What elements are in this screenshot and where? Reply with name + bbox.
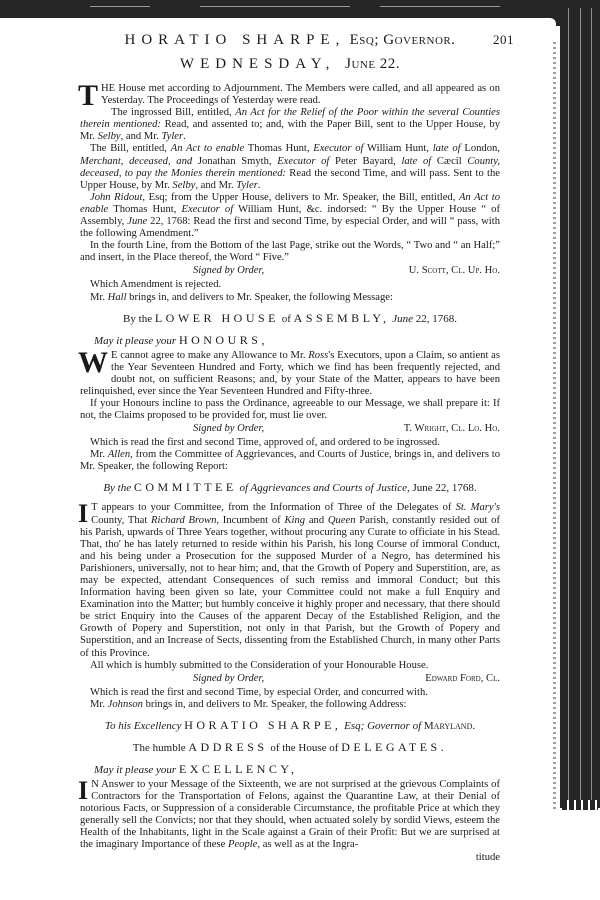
scan-artifact	[90, 6, 150, 7]
scan-artifact	[200, 6, 350, 7]
paragraph-text: HE House met according to Adjournment. T…	[101, 83, 500, 106]
text-caps: DELEGATES.	[341, 740, 447, 754]
text: Peter Bayard,	[329, 156, 401, 167]
text-italic: To his Excellency	[105, 720, 182, 732]
text: .	[183, 131, 186, 142]
text: Mr.	[90, 449, 108, 460]
text-italic: May it please your	[94, 764, 176, 776]
book-edge-line	[591, 8, 592, 808]
person-name: Hall	[108, 292, 127, 303]
salutation-honours: May it please your HONOURS,	[94, 333, 500, 348]
text: 22, 1768.	[416, 313, 457, 325]
place-name: St. Mary's	[456, 502, 500, 513]
catchword: titude	[80, 852, 500, 864]
text: , as well as at the Ingra-	[257, 839, 358, 850]
text-small-caps: Maryland.	[424, 720, 475, 732]
day-heading-day: WEDNESDAY,	[180, 56, 335, 72]
person-name: Johnson	[108, 699, 143, 710]
page-edge	[553, 42, 556, 812]
place-name: King	[284, 515, 305, 526]
text: , from the Committee of Aggrievances, an…	[80, 449, 500, 472]
text-caps: LOWER HOUSE	[155, 311, 279, 325]
running-head: HORATIO SHARPE, Esq; Governor. 201	[80, 32, 500, 54]
paragraph-allen: Mr. Allen, from the Committee of Aggriev…	[80, 449, 500, 473]
text-italic: Executor of	[277, 156, 329, 167]
text: London,	[461, 143, 500, 154]
text: Mr.	[90, 292, 108, 303]
drop-cap: T	[78, 84, 98, 108]
text: The humble	[133, 742, 186, 754]
text-italic: People	[228, 839, 257, 850]
scan-border-right	[560, 8, 600, 808]
person-name: Selby	[98, 131, 121, 142]
book-edge-line	[568, 8, 569, 808]
text-caps: EXCELLENCY,	[179, 762, 298, 776]
page-content: HORATIO SHARPE, Esq; Governor. 201 WEDNE…	[80, 32, 500, 864]
text: The Bill, entitled,	[90, 143, 171, 154]
text: T appears to your Committee, from the In…	[91, 502, 455, 513]
text: brings in, and delivers to Mr. Speaker, …	[127, 292, 393, 303]
signed-by-order: Signed by Order,	[193, 265, 264, 276]
text-caps: ASSEMBLY,	[294, 311, 390, 325]
text-caps: COMMITTEE	[134, 480, 237, 494]
book-edge-line	[580, 8, 581, 808]
text: June 22, 1768.	[412, 482, 476, 494]
address-recipient: To his Excellency HORATIO SHARPE, Esq; G…	[80, 718, 500, 733]
signature-line: Signed by Order, U. Scott, Cl. Up. Ho.	[80, 265, 500, 278]
address-title: The humble ADDRESS of the House of DELEG…	[80, 740, 500, 755]
paragraph-hall: Mr. Hall brings in, and delivers to Mr. …	[80, 292, 500, 304]
text: Thomas Hunt,	[244, 143, 313, 154]
drop-cap: I	[78, 503, 88, 525]
paragraph-ingrossed-bill: The ingrossed Bill, entitled, An Act for…	[80, 107, 500, 143]
text: Cæcil	[431, 156, 467, 167]
paragraph-johnson: Mr. Johnson brings in, and delivers to M…	[80, 699, 500, 711]
paragraph-concurred: Which is read the first and second Time,…	[80, 687, 500, 699]
person-name: Ross	[308, 350, 328, 361]
person-name: Tyler	[236, 180, 258, 191]
text: , Incumbent of	[216, 515, 284, 526]
paragraph-house-met: THE House met according to Adjournment. …	[80, 83, 500, 107]
text: , Esq; from the Upper House, delivers to…	[142, 192, 459, 203]
text: County, That	[91, 515, 151, 526]
person-name: Richard Brown	[151, 515, 216, 526]
paragraph-committee-report: IT appears to your Committee, from the I…	[80, 502, 500, 659]
day-heading: WEDNESDAY, June 22.	[80, 56, 500, 73]
committee-heading: By the COMMITTEE of Aggrievances and Cou…	[80, 480, 500, 495]
signed-by-order: Signed by Order,	[193, 423, 264, 434]
text: By the	[123, 313, 152, 325]
text-italic: late of	[433, 143, 461, 154]
paragraph-rejected: Which Amendment is rejected.	[80, 279, 500, 291]
text-italic: of Aggrievances and Courts of Justice,	[239, 482, 409, 494]
paragraph-approved: Which is read the first and second Time,…	[80, 437, 500, 449]
text-italic: Executor of	[182, 204, 234, 215]
paragraph-ordinance: If your Honours incline to pass the Ordi…	[80, 398, 500, 422]
text-italic: Merchant, deceased, and	[80, 156, 192, 167]
signed-by-order: Signed by Order,	[193, 673, 264, 684]
drop-cap: W	[78, 351, 108, 375]
paragraph-submitted: All which is humbly submitted to the Con…	[80, 660, 500, 672]
text: .	[258, 180, 261, 191]
paragraph-ridout: John Ridout, Esq; from the Upper House, …	[80, 192, 500, 240]
text-caps: HONOURS,	[179, 333, 268, 347]
clerk-signature: Edward Ford, Cl.	[425, 673, 500, 684]
paragraph-address-body: IN Answer to your Message of the Sixteen…	[80, 779, 500, 852]
scan-border-top	[0, 0, 600, 20]
text-italic: May it please your	[94, 335, 176, 347]
text: of the House of	[270, 742, 338, 754]
paragraph-amendment: In the fourth Line, from the Bottom of t…	[80, 240, 500, 264]
text: brings in, and delivers to Mr. Speaker, …	[143, 699, 407, 710]
text: Mr.	[90, 699, 108, 710]
text: Jonathan Smyth,	[192, 156, 277, 167]
text-caps: HORATIO SHARPE,	[184, 718, 341, 732]
book-edge-bottom	[562, 800, 598, 810]
text-italic: By the	[103, 482, 131, 494]
person-name: John Ridout	[90, 192, 142, 203]
text: , and Mr.	[195, 180, 236, 191]
text: , and Mr.	[121, 131, 162, 142]
signature-line: Signed by Order, Edward Ford, Cl.	[80, 673, 500, 686]
clerk-signature: U. Scott, Cl. Up. Ho.	[409, 265, 500, 276]
text: and	[305, 515, 328, 526]
clerk-signature: T. Wright, Cl. Lo. Ho.	[404, 423, 500, 434]
person-name: Allen	[108, 449, 130, 460]
day-heading-date: June 22.	[345, 56, 400, 72]
running-head-title: HORATIO SHARPE,	[124, 32, 345, 48]
salutation-excellency: May it please your EXCELLENCY,	[94, 762, 500, 777]
text: William Hunt,	[363, 143, 432, 154]
text-italic: An Act to enable	[171, 143, 244, 154]
text: of	[282, 313, 291, 325]
lower-house-heading: By the LOWER HOUSE of ASSEMBLY, June 22,…	[80, 311, 500, 326]
person-name: Selby	[172, 180, 195, 191]
text-italic: June	[392, 313, 413, 325]
text: E cannot agree to make any Allowance to …	[111, 350, 308, 361]
paragraph-ross-executors: WE cannot agree to make any Allowance to…	[80, 350, 500, 398]
running-head-suffix: Esq; Governor.	[350, 32, 456, 48]
paragraph-hunt-bill: The Bill, entitled, An Act to enable Tho…	[80, 143, 500, 191]
text: The ingrossed Bill, entitled,	[111, 107, 235, 118]
text: Parish, constantly resided out of his Pa…	[80, 515, 500, 659]
text-italic: June	[127, 216, 147, 227]
text-italic: late of	[401, 156, 431, 167]
drop-cap: I	[78, 780, 88, 802]
text: Thomas Hunt,	[108, 204, 181, 215]
text-italic: Esq; Governor of	[344, 720, 421, 732]
person-name: Tyler	[162, 131, 184, 142]
signature-line: Signed by Order, T. Wright, Cl. Lo. Ho.	[80, 423, 500, 436]
page-number: 201	[493, 32, 514, 48]
scan-artifact	[380, 6, 500, 7]
text-italic: Executor of	[313, 143, 363, 154]
place-name: Queen	[328, 515, 356, 526]
text-caps: ADDRESS	[188, 740, 267, 754]
